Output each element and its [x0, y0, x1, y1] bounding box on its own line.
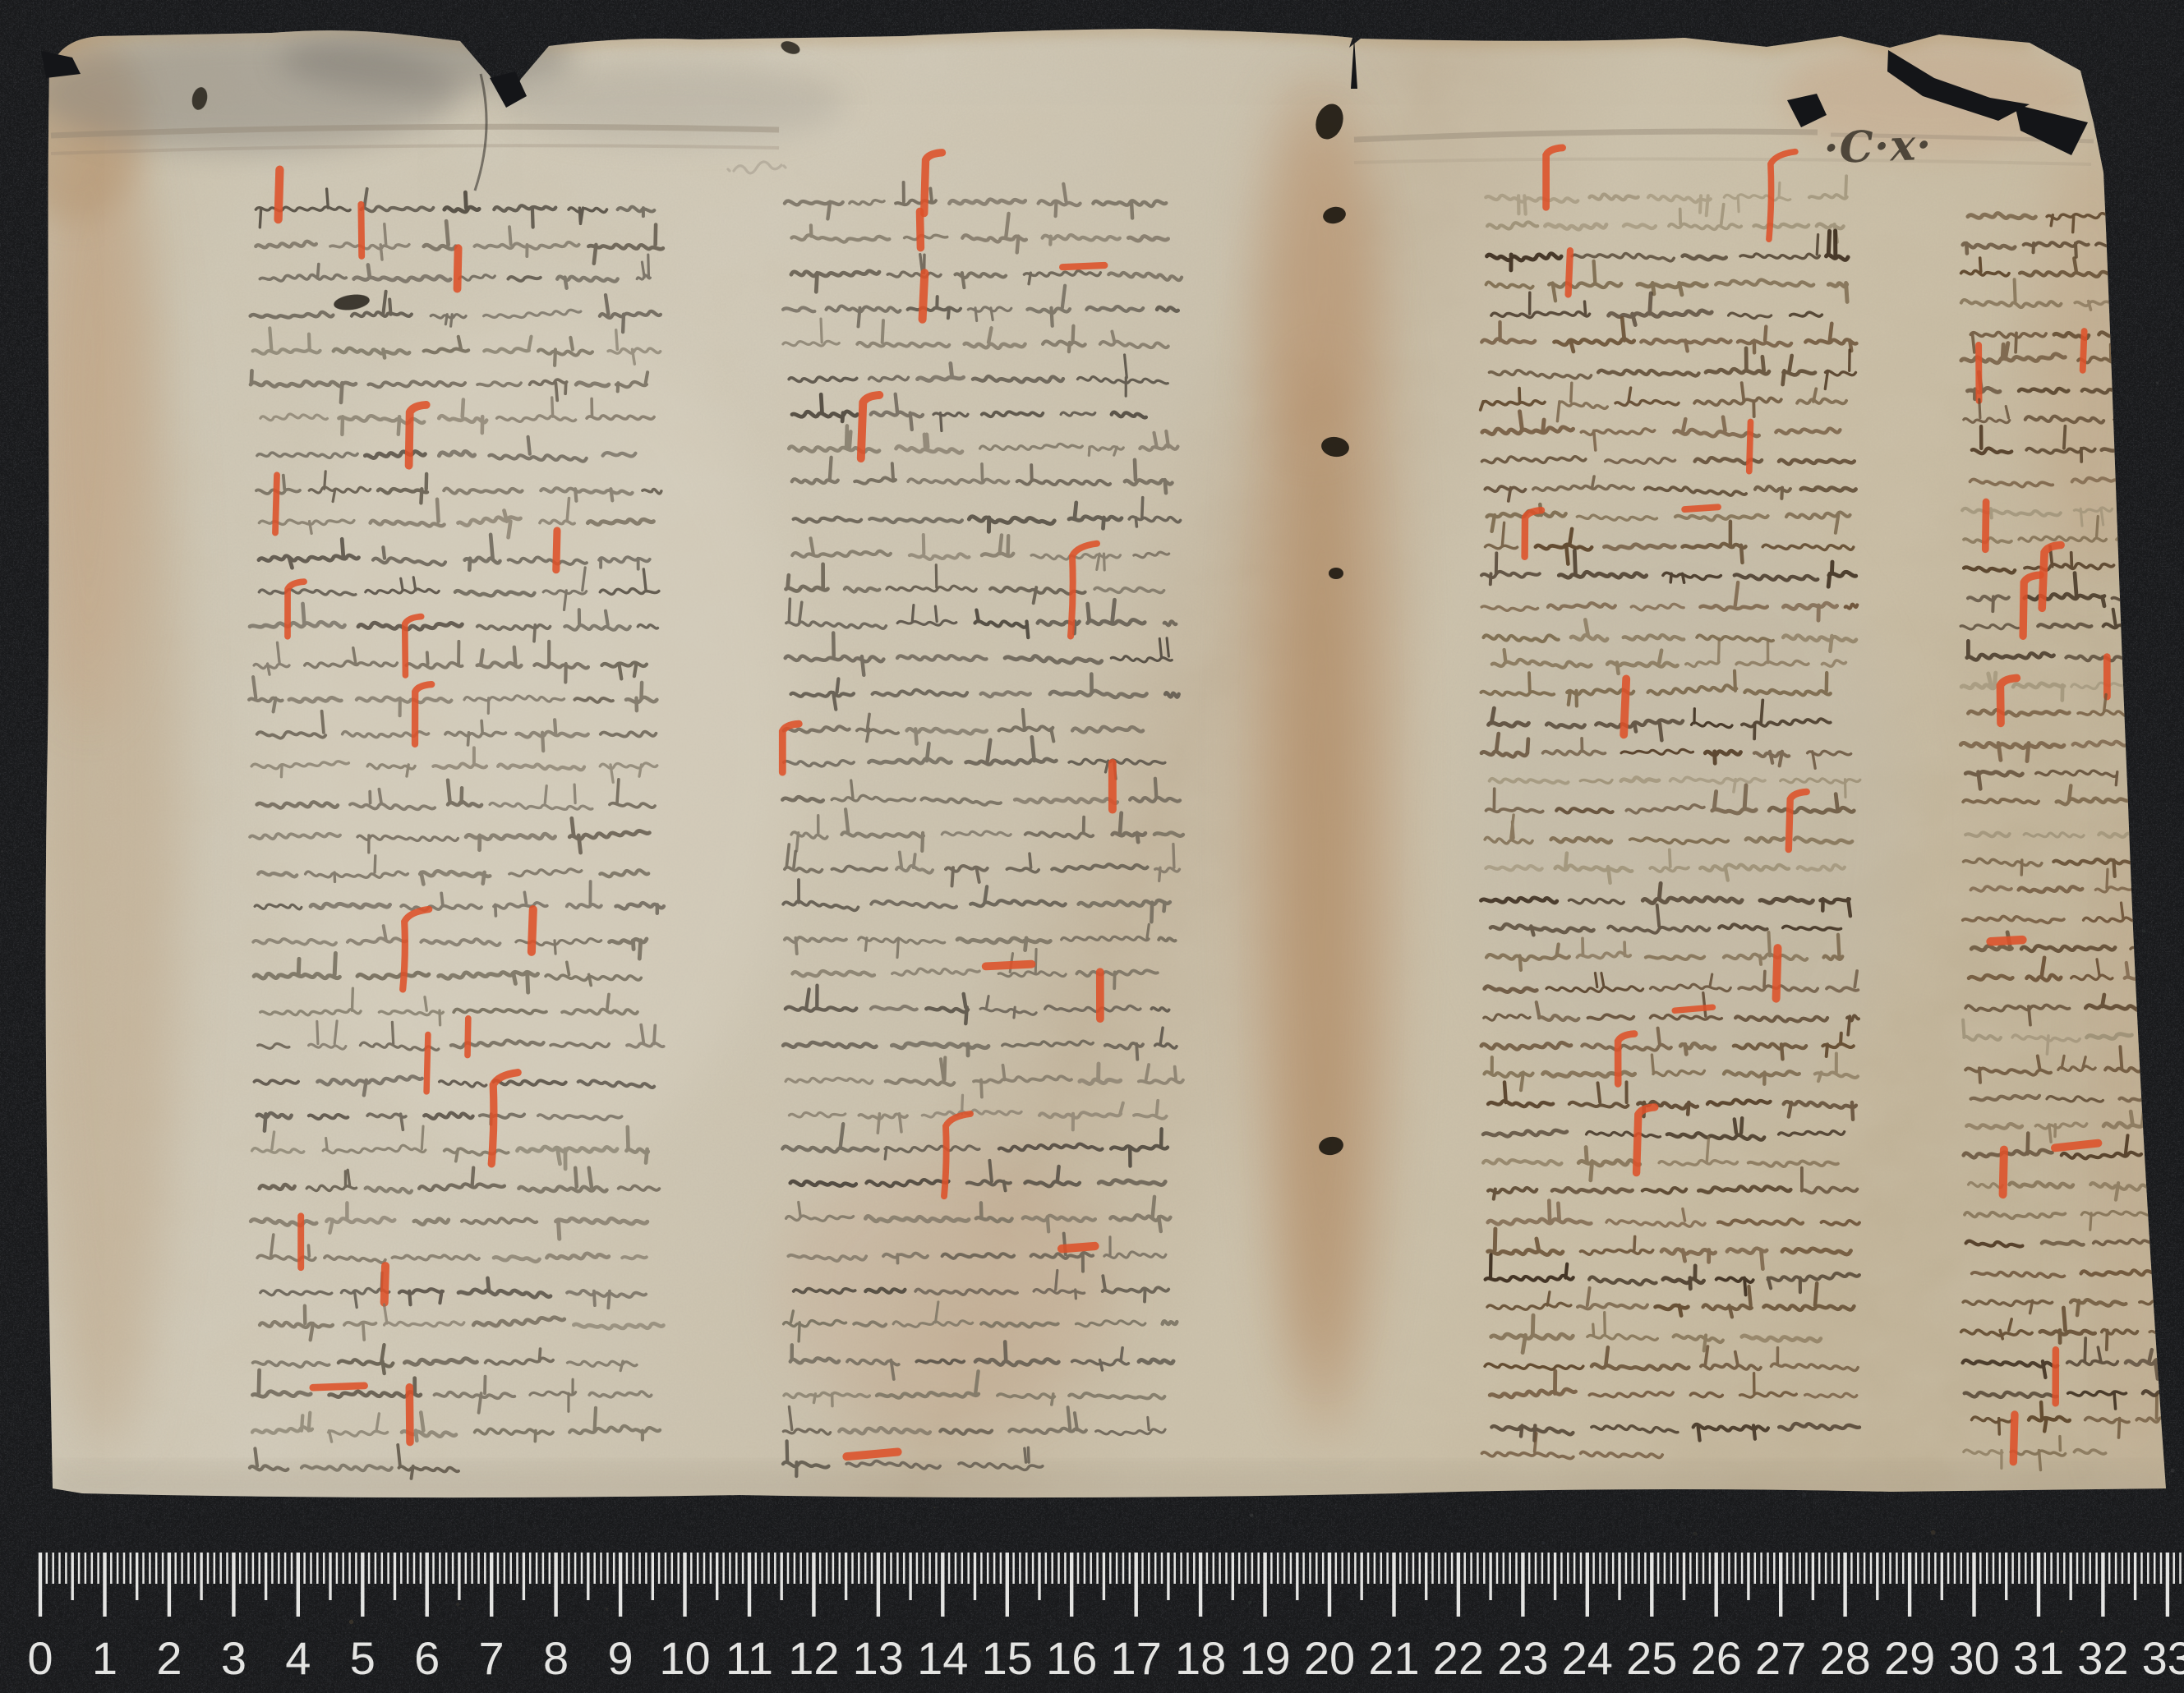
dust-speck — [462, 1608, 464, 1610]
rubric-mark — [986, 964, 1032, 967]
ruler-label: 32 — [2077, 1632, 2128, 1684]
rubric-mark — [1569, 251, 1570, 294]
ruler-label: 22 — [1433, 1632, 1484, 1684]
rubric-mark — [1991, 940, 2023, 941]
rubric-mark — [2003, 1150, 2004, 1195]
dust-speck — [2142, 930, 2145, 933]
rubric-mark — [923, 273, 925, 320]
dust-speck — [1248, 1601, 1251, 1604]
ruler-label: 13 — [853, 1632, 904, 1684]
dust-speck — [633, 15, 637, 19]
dust-speck — [1250, 1514, 1253, 1517]
ruler-label: 8 — [543, 1632, 569, 1684]
rubric-mark — [2055, 1143, 2099, 1148]
ruler-label: 21 — [1368, 1632, 1419, 1684]
rubric-mark — [1624, 679, 1626, 734]
dust-speck — [888, 18, 892, 22]
ruler-label: 1 — [92, 1632, 117, 1684]
dust-speck — [2005, 2, 2007, 4]
script-word — [1801, 487, 1856, 490]
ruler-label: 11 — [726, 1632, 773, 1684]
ruler-label: 18 — [1175, 1632, 1226, 1684]
script-word — [439, 452, 474, 457]
ruler-label: 28 — [1819, 1632, 1870, 1684]
ruler-label: 10 — [659, 1632, 710, 1684]
dust-speck — [606, 1608, 608, 1610]
ruler-label: 14 — [917, 1632, 968, 1684]
rubric-mark — [385, 1266, 385, 1303]
ruler-label: 6 — [414, 1632, 440, 1684]
script-word — [1164, 621, 1177, 625]
ruler-label: 24 — [1562, 1632, 1613, 1684]
dust-speck — [506, 16, 509, 18]
script-word — [1139, 1359, 1173, 1364]
rubric-mark — [458, 248, 458, 288]
rubric-mark — [1776, 948, 1778, 999]
rubric-mark — [556, 531, 557, 570]
ruler-label: 26 — [1691, 1632, 1742, 1684]
script-word — [1845, 605, 1858, 609]
ruler-label: 3 — [221, 1632, 247, 1684]
dust-speck — [2156, 381, 2159, 384]
ruler-label: 19 — [1239, 1632, 1290, 1684]
ruler-label: 12 — [788, 1632, 839, 1684]
ruler-label: 16 — [1046, 1632, 1097, 1684]
rubric-mark — [1749, 422, 1751, 472]
ruler-label: 25 — [1626, 1632, 1677, 1684]
ruler-label: 31 — [2013, 1632, 2064, 1684]
ruler-label: 20 — [1304, 1632, 1355, 1684]
parchment — [0, 0, 2184, 1693]
dust-speck — [1693, 1532, 1698, 1536]
ruler-label: 9 — [608, 1632, 634, 1684]
dust-speck — [1542, 1541, 1546, 1544]
dust-speck — [35, 990, 37, 991]
script-word — [2021, 945, 2115, 950]
dust-speck — [2123, 218, 2128, 223]
ruler-label: 2 — [156, 1632, 182, 1684]
script-word — [622, 1256, 647, 1258]
script-word — [1746, 838, 1784, 842]
folio-mark: ·C·x· — [1823, 120, 1933, 174]
script-word — [865, 1289, 905, 1293]
rubric-mark — [2013, 1415, 2015, 1462]
rubric-mark — [1675, 1007, 1712, 1010]
rubric-mark — [1684, 507, 1718, 509]
ruler-label: 23 — [1497, 1632, 1548, 1684]
dust-speck — [933, 1507, 935, 1508]
rubric-mark — [275, 475, 277, 532]
script-word — [1735, 574, 1818, 580]
rubric-mark — [409, 1387, 410, 1442]
ruler-label: 0 — [27, 1632, 53, 1684]
rubric-mark — [468, 1019, 468, 1056]
ruler-label: 4 — [285, 1632, 311, 1684]
rubric-mark — [920, 211, 921, 247]
ruler-label: 29 — [1884, 1632, 1935, 1684]
dust-speck — [1802, 1493, 1806, 1497]
ruler-label: 27 — [1755, 1632, 1806, 1684]
rubric-mark — [532, 909, 533, 952]
rubric-mark — [1062, 265, 1104, 267]
rubric-mark — [313, 1386, 365, 1387]
ruler-label: 15 — [982, 1632, 1033, 1684]
rubric-mark — [2083, 331, 2085, 370]
dust-speck — [2171, 1469, 2175, 1473]
ruler-label: 17 — [1111, 1632, 1162, 1684]
dust-speck — [975, 1506, 978, 1508]
dust-speck — [456, 1603, 459, 1606]
ruler-label: 5 — [350, 1632, 376, 1684]
ruler-label: 7 — [479, 1632, 505, 1684]
ruler-label: 33 — [2142, 1632, 2184, 1684]
ruler-label: 30 — [1948, 1632, 1999, 1684]
dust-speck — [1931, 1530, 1936, 1535]
rubric-mark — [1985, 502, 1986, 550]
rubric-mark — [361, 205, 362, 256]
rubric-mark — [1062, 1246, 1094, 1249]
rubric-mark — [846, 1452, 897, 1457]
dust-speck — [866, 1514, 869, 1516]
manuscript-photo: ·C·x· 0123456789101112131415161718192021… — [0, 0, 2184, 1693]
rubric-mark — [426, 1035, 428, 1092]
dust-speck — [349, 1620, 354, 1625]
dust-speck — [2131, 96, 2134, 99]
dust-speck — [1, 850, 3, 853]
rubric-mark — [279, 170, 280, 219]
